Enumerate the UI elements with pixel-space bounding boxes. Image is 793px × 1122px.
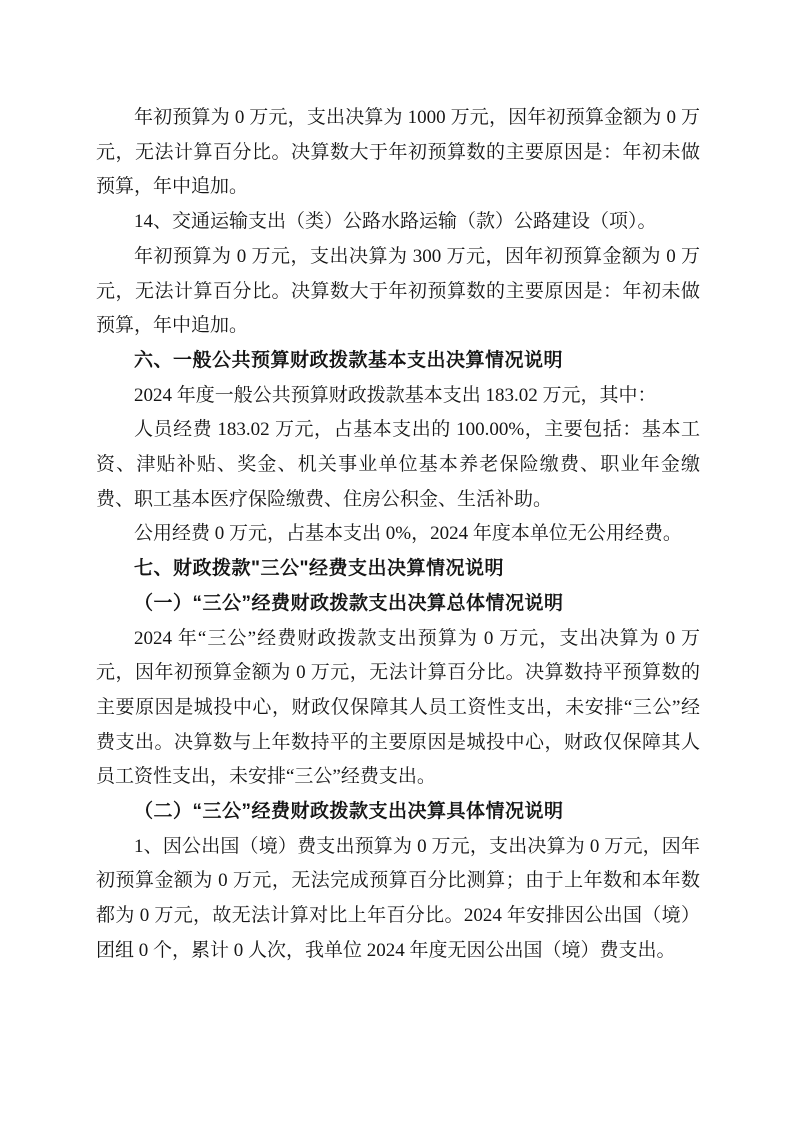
para-personnel-expenses: 人员经费 183.02 万元，占基本支出的 100.00%，主要包括：基本工资、… [96,413,700,517]
para-public-funds: 公用经费 0 万元，占基本支出 0%，2024 年度本单位无公用经费。 [96,517,700,552]
heading-section-6-basic-expenditure: 六、一般公共预算财政拨款基本支出决算情况说明 [96,344,700,379]
heading-section-7-1-overall: （一）“三公”经费财政拨款支出决算总体情况说明 [96,587,700,622]
para-item-14-title: 14、交通运输支出（类）公路水路运输（款）公路建设（项）。 [96,205,700,240]
heading-section-7-three-public-funds: 七、财政拨款"三公"经费支出决算情况说明 [96,552,700,587]
para-item-13-budget-note: 年初预算为 0 万元，支出决算为 1000 万元，因年初预算金额为 0 万元，无… [96,101,700,205]
para-item-14-budget-note: 年初预算为 0 万元，支出决算为 300 万元，因年初预算金额为 0 万元，无法… [96,240,700,344]
heading-section-7-2-specific: （二）“三公”经费财政拨款支出决算具体情况说明 [96,795,700,830]
para-three-public-overall: 2024 年“三公”经费财政拨款支出预算为 0 万元，支出决算为 0 万元，因年… [96,622,700,796]
para-overseas-travel-expenses: 1、因公出国（境）费支出预算为 0 万元，支出决算为 0 万元，因年初预算金额为… [96,830,700,969]
document-page: 年初预算为 0 万元，支出决算为 1000 万元，因年初预算金额为 0 万元，无… [0,0,793,1122]
para-basic-expenditure-total: 2024 年度一般公共预算财政拨款基本支出 183.02 万元，其中： [96,379,700,414]
